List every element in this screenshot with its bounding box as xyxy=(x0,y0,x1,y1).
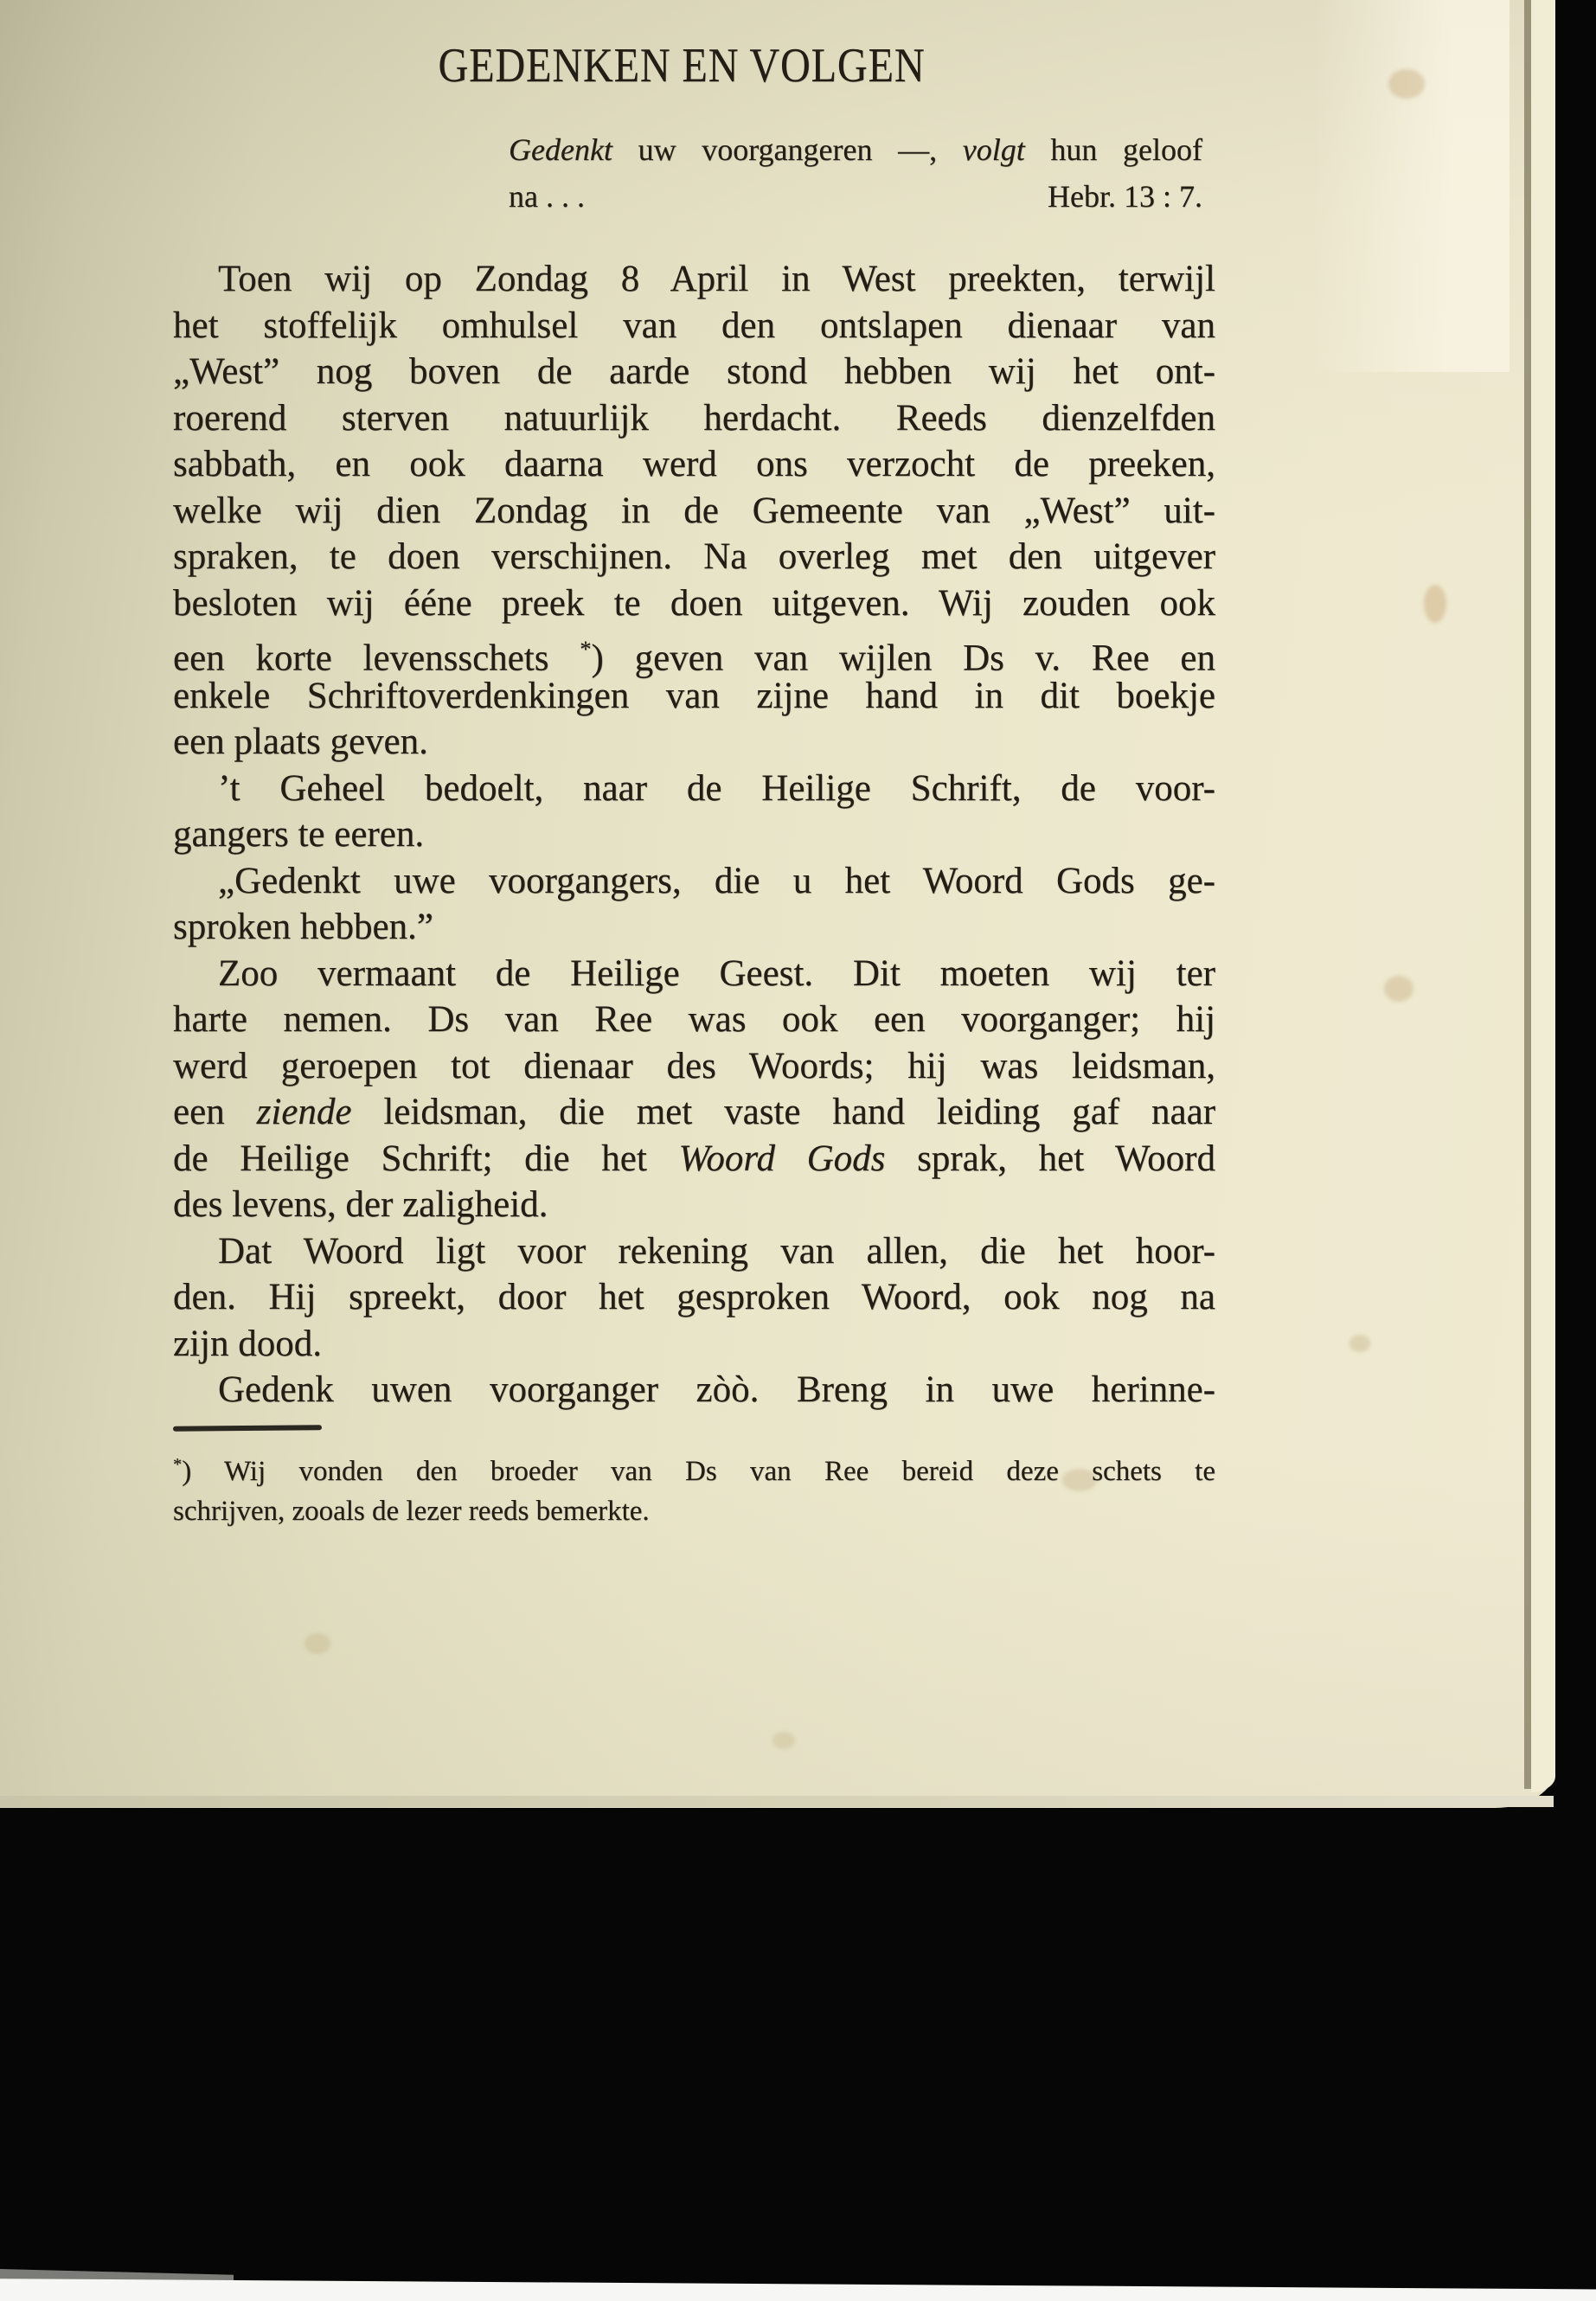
text-segment: een plaats geven. xyxy=(173,721,428,762)
text-segment: roerend sterven natuurlijk herdacht. Ree… xyxy=(173,398,1215,439)
text-segment: uw voorgangeren —, xyxy=(612,132,963,167)
fore-edge-strip xyxy=(1531,0,1555,1792)
text-segment: sabbath, en ook daarna werd ons verzocht… xyxy=(173,444,1215,484)
body-line: roerend sterven natuurlijk herdacht. Ree… xyxy=(173,395,1215,442)
text-segment: Gedenk uwen voorganger zòò. Breng in uwe… xyxy=(218,1369,1215,1410)
body-line: een ziende leidsman, die met vaste hand … xyxy=(173,1089,1215,1136)
text-segment: de Heilige Schrift; die het xyxy=(173,1138,678,1179)
text-segment: werd geroepen tot dienaar des Woords; hi… xyxy=(173,1046,1215,1086)
text-segment: zijn dood. xyxy=(173,1324,322,1364)
text-segment: hun geloof xyxy=(1025,132,1202,167)
text-segment: een xyxy=(173,1092,257,1132)
book-page-scan: GEDENKEN EN VOLGEN Gedenkt uw voorganger… xyxy=(0,0,1596,2301)
page-bottom-edge xyxy=(0,1796,1554,1807)
footnote: *) Wij vonden den broeder van Ds van Ree… xyxy=(173,1441,1215,1535)
body-line: harte nemen. Ds van Ree was ook een voor… xyxy=(173,997,1215,1043)
body-line: werd geroepen tot dienaar des Woords; hi… xyxy=(173,1043,1215,1090)
page-edge-seam xyxy=(1524,0,1531,1789)
body-line: zijn dood. xyxy=(173,1321,1215,1368)
body-line: Dat Woord ligt voor rekening van allen, … xyxy=(173,1228,1215,1275)
footnote-line: *) Wij vonden den broeder van Ds van Ree… xyxy=(173,1441,1215,1488)
text-segment: „West” nog boven de aarde stond hebben w… xyxy=(173,351,1215,392)
body-line: Zoo vermaant de Heilige Geest. Dit moete… xyxy=(173,951,1215,997)
body-line: enkele Schriftoverdenkingen van zijne ha… xyxy=(173,673,1215,720)
body-line: den. Hij spreekt, door het gesproken Woo… xyxy=(173,1274,1215,1321)
paper-stain xyxy=(1424,585,1446,623)
paper-stain xyxy=(1349,1335,1370,1352)
body-line: een korte levensschets *) geven van wijl… xyxy=(173,626,1215,673)
text-segment: Zoo vermaant de Heilige Geest. Dit moete… xyxy=(218,953,1215,994)
text-segment: „Gedenkt uwe voorgangers, die u het Woor… xyxy=(218,861,1215,901)
paper-stain xyxy=(772,1732,795,1749)
body-line: welke wij dien Zondag in de Gemeente van… xyxy=(173,488,1215,535)
page-edge-highlight xyxy=(1315,0,1509,372)
text-segment: * xyxy=(173,1455,182,1474)
text-segment: schrijven, zooals de lezer reeds bemerkt… xyxy=(173,1496,650,1527)
text-segment: gangers te eeren. xyxy=(173,814,424,855)
body-line: Toen wij op Zondag 8 April in West preek… xyxy=(173,256,1215,303)
body-line: spraken, te doen verschijnen. Na overleg… xyxy=(173,534,1215,580)
text-segment: ’t Geheel bedoelt, naar de Heilige Schri… xyxy=(218,768,1215,809)
body-line: besloten wij ééne preek te doen uitgeven… xyxy=(173,580,1215,627)
body-line: „Gedenkt uwe voorgangers, die u het Woor… xyxy=(173,858,1215,905)
epigraph-line-2: na . . . Hebr. 13 : 7. xyxy=(509,173,1202,220)
footnote-line: schrijven, zooals de lezer reeds bemerkt… xyxy=(173,1488,1215,1535)
text-segment: harte nemen. Ds van Ree was ook een voor… xyxy=(173,999,1215,1040)
body-line: ’t Geheel bedoelt, naar de Heilige Schri… xyxy=(173,766,1215,812)
body-line: sabbath, en ook daarna werd ons verzocht… xyxy=(173,441,1215,488)
text-segment: volgt xyxy=(963,132,1025,167)
text-segment: Gedenkt xyxy=(509,132,612,167)
chapter-title: GEDENKEN EN VOLGEN xyxy=(235,38,1128,93)
text-segment: * xyxy=(580,636,591,662)
text-segment: Toen wij op Zondag 8 April in West preek… xyxy=(218,259,1215,299)
body-line: Gedenk uwen voorganger zòò. Breng in uwe… xyxy=(173,1367,1215,1413)
epigraph: Gedenkt uw voorgangeren —, volgt hun gel… xyxy=(509,126,1202,220)
text-segment: sproken hebben.” xyxy=(173,907,433,947)
epigraph-line-1: Gedenkt uw voorgangeren —, volgt hun gel… xyxy=(509,126,1202,173)
body-line: sproken hebben.” xyxy=(173,904,1215,951)
epigraph-continuation: na . . . xyxy=(509,173,585,220)
body-line: „West” nog boven de aarde stond hebben w… xyxy=(173,349,1215,395)
text-segment: des levens, der zaligheid. xyxy=(173,1184,548,1225)
scripture-reference: Hebr. 13 : 7. xyxy=(1048,173,1202,220)
body-line: de Heilige Schrift; die het Woord Gods s… xyxy=(173,1136,1215,1183)
body-line: het stoffelijk omhulsel van den ontslape… xyxy=(173,303,1215,349)
text-segment: ) Wij vonden den broeder van Ds van Ree … xyxy=(182,1456,1215,1487)
body-line: een plaats geven. xyxy=(173,719,1215,766)
text-segment: welke wij dien Zondag in de Gemeente van… xyxy=(173,490,1215,531)
paper-stain xyxy=(1384,976,1413,1002)
body-line: gangers te eeren. xyxy=(173,811,1215,858)
text-segment: enkele Schriftoverdenkingen van zijne ha… xyxy=(173,676,1215,716)
body-line: des levens, der zaligheid. xyxy=(173,1182,1215,1228)
text-segment: sprak, het Woord xyxy=(885,1138,1215,1179)
text-segment: leidsman, die met vaste hand leiding gaf… xyxy=(351,1092,1215,1132)
paper-stain xyxy=(304,1633,330,1654)
text-segment: Dat Woord ligt voor rekening van allen, … xyxy=(218,1231,1215,1272)
text-segment: den. Hij spreekt, door het gesproken Woo… xyxy=(173,1277,1215,1317)
body-text: Toen wij op Zondag 8 April in West preek… xyxy=(173,256,1215,1413)
text-segment: besloten wij ééne preek te doen uitgeven… xyxy=(173,583,1215,624)
scanner-bed-white-strip xyxy=(0,2275,1596,2301)
paper-stain xyxy=(1388,69,1425,99)
text-segment: spraken, te doen verschijnen. Na overleg… xyxy=(173,536,1215,577)
text-segment: Woord Gods xyxy=(678,1138,885,1179)
text-segment: het stoffelijk omhulsel van den ontslape… xyxy=(173,305,1215,346)
text-segment: ziende xyxy=(257,1092,352,1132)
